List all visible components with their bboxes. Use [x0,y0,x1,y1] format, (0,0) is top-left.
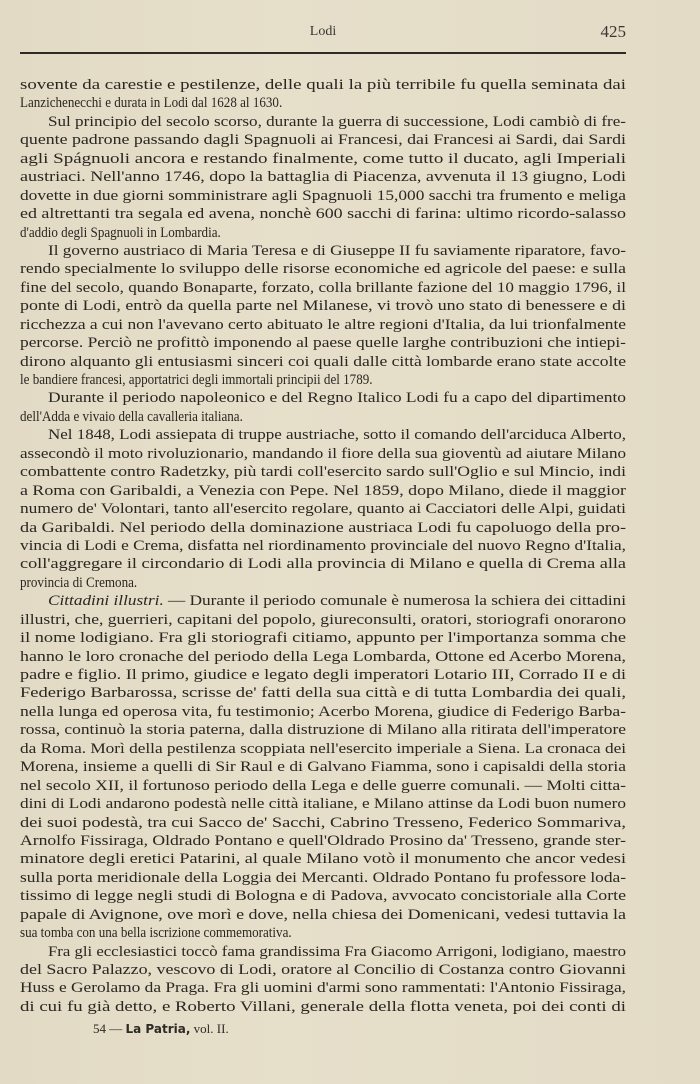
line-text: fine del secolo, quando Bonaparte, forza… [20,279,626,297]
line-content: provincia di Cremona. [20,574,137,591]
text-line: Morena, insieme a quelli di Sir Raul e d… [20,758,626,776]
line-text: Cittadini illustri. — Durante il periodo… [48,592,626,610]
line-content: dovette in due giorni somministrare agli… [20,187,626,204]
line-content: quente padrone passando dagli Spagnuoli … [20,131,626,148]
text-line: ponte di Lodi, entrò da quella parte nel… [20,297,626,315]
text-line: Federigo Barbarossa, scrisse de' fatti d… [20,684,626,702]
line-text: padre e figlio. Il primo, giudice e lega… [20,666,626,684]
line-content: Federigo Barbarossa, scrisse de' fatti d… [20,684,626,701]
text-line: sovente da carestie e pestilenze, delle … [20,76,626,94]
text-line: del Sacro Palazzo, vescovo di Lodi, orat… [20,961,626,979]
line-content: le bandiere francesi, apportatrici degli… [20,371,373,388]
text-line: minatore degli eretici Patarini, al qual… [20,850,626,868]
line-content: rossa, continuò la storia paterna, dalla… [20,721,626,738]
text-line: dei suoi podestà, tra cui Sacco de' Sacc… [20,814,626,832]
line-text: Durante il periodo napoleonico e del Reg… [48,389,626,407]
line-content: nel secolo XII, il fortunoso periodo del… [20,777,626,794]
text-line: dell'Adda e vivaio della cavalleria ital… [20,408,626,426]
text-line: percorse. Perciò ne profittò imponendo a… [20,334,626,352]
running-title: Lodi [20,24,626,40]
text-line: agli Spágnuoli ancora e restando finalme… [20,150,626,168]
line-text: il nome lodigiano. Fra gli storiografi c… [20,629,626,647]
line-content: di cui fu già detto, e Roberto Villani, … [20,998,626,1015]
line-text: provincia di Cremona. [20,574,137,592]
line-text: del Sacro Palazzo, vescovo di Lodi, orat… [20,961,626,979]
line-content: papale di Avignone, ove morì e dove, nel… [20,906,626,923]
line-text: rendo specialmente lo sviluppo delle ris… [20,260,626,278]
line-text: Arnolfo Fissiraga, Oldrado Pontano e que… [20,832,626,850]
line-text: illustri, che, guerrieri, capitani del p… [20,611,626,629]
line-content: sulla porta meridionale della Loggia dei… [20,869,626,886]
line-text: le bandiere francesi, apportatrici degli… [20,371,373,389]
line-content: assecondò il moto rivoluzionario, mandan… [20,445,626,462]
line-content: dell'Adda e vivaio della cavalleria ital… [20,408,243,425]
line-text: Il governo austriaco di Maria Teresa e d… [48,242,626,260]
text-line: dirono alquanto gli entusiasmi sinceri c… [20,353,626,371]
line-text: minatore degli eretici Patarini, al qual… [20,850,626,868]
line-content: da Garibaldi. Nel periodo della dominazi… [20,519,626,536]
line-content: d'addio degli Spagnuoli in Lombardia. [20,224,221,241]
header-rule [20,52,626,54]
line-text: sulla porta meridionale della Loggia dei… [20,869,626,887]
line-text: Lanzichenecchi e durata in Lodi dal 1628… [20,94,282,112]
line-content: agli Spágnuoli ancora e restando finalme… [20,150,626,167]
line-content: dini di Lodi andarono podestà nelle citt… [20,795,626,812]
line-text: ed altrettanti tra segala ed avena, nonc… [20,205,626,223]
line-content: illustri, che, guerrieri, capitani del p… [20,611,626,628]
line-text: sovente da carestie e pestilenze, delle … [20,76,626,94]
line-content: minatore degli eretici Patarini, al qual… [20,850,626,867]
text-line: sulla porta meridionale della Loggia dei… [20,869,626,887]
line-text: Federigo Barbarossa, scrisse de' fatti d… [20,684,626,702]
line-text: a Roma con Garibaldi, a Venezia con Pepe… [20,482,626,500]
text-line: Arnolfo Fissiraga, Oldrado Pontano e que… [20,832,626,850]
text-line: Il governo austriaco di Maria Teresa e d… [20,242,626,260]
text-line: ricchezza a cui non l'avevano certo abit… [20,316,626,334]
text-line: ed altrettanti tra segala ed avena, nonc… [20,205,626,223]
text-line: Fra gli ecclesiastici toccò fama grandis… [20,943,626,961]
line-text: coll'aggregare il circondario di Lodi al… [20,555,626,573]
line-text: da Roma. Morì della pestilenza scoppiata… [20,740,626,758]
text-line: illustri, che, guerrieri, capitani del p… [20,611,626,629]
line-content: vincia di Lodi e Crema, disfatta nel rio… [20,537,626,554]
line-text: ponte di Lodi, entrò da quella parte nel… [20,297,626,315]
line-content: nella lunga ed operosa vita, fu testimon… [20,703,626,720]
text-line: dovette in due giorni somministrare agli… [20,187,626,205]
line-content: rendo specialmente lo sviluppo delle ris… [20,260,626,277]
line-content: ponte di Lodi, entrò da quella parte nel… [20,297,626,314]
line-text: hanno le loro cronache del periodo della… [20,648,626,666]
line-content: coll'aggregare il circondario di Lodi al… [20,555,626,572]
page-number: 425 [601,22,627,42]
line-text: numero de' Volontari, tanto all'esercito… [20,500,626,518]
line-content: sovente da carestie e pestilenze, delle … [20,76,626,93]
line-text: percorse. Perciò ne profittò imponendo a… [20,334,626,352]
publication-title: La Patria, [126,1022,191,1036]
line-content: percorse. Perciò ne profittò imponendo a… [20,334,626,351]
text-line: quente padrone passando dagli Spagnuoli … [20,131,626,149]
line-text: Morena, insieme a quelli di Sir Raul e d… [20,758,626,776]
text-line: le bandiere francesi, apportatrici degli… [20,371,626,389]
footer-signature: 54 — La Patria, vol. II. [93,1021,229,1037]
line-text: quente padrone passando dagli Spagnuoli … [20,131,626,149]
line-text: vincia di Lodi e Crema, disfatta nel rio… [20,537,626,555]
line-content: Huss e Gerolamo da Praga. Fra gli uomini… [20,979,626,996]
text-line: Huss e Gerolamo da Praga. Fra gli uomini… [20,979,626,997]
line-content: dei suoi podestà, tra cui Sacco de' Sacc… [20,814,626,831]
text-line: Durante il periodo napoleonico e del Reg… [20,389,626,407]
line-text: d'addio degli Spagnuoli in Lombardia. [20,224,221,242]
line-content: Sul principio del secolo scorso, durante… [48,113,626,130]
text-line: assecondò il moto rivoluzionario, mandan… [20,445,626,463]
section-heading-italic: Cittadini illustri. [48,592,164,609]
line-content: Durante il periodo napoleonico e del Reg… [48,389,626,406]
line-text: Huss e Gerolamo da Praga. Fra gli uomini… [20,979,626,997]
line-text: austriaci. Nell'anno 1746, dopo la batta… [20,168,626,186]
line-content: — Durante il periodo comunale è numerosa… [164,592,626,609]
text-line: fine del secolo, quando Bonaparte, forza… [20,279,626,297]
line-text: dell'Adda e vivaio della cavalleria ital… [20,408,243,426]
text-line: hanno le loro cronache del periodo della… [20,648,626,666]
text-line: combattente contro Radetzky, più tardi c… [20,463,626,481]
line-text: Fra gli ecclesiastici toccò fama grandis… [48,943,626,961]
book-page: Lodi 425 sovente da carestie e pestilenz… [0,0,700,1084]
signature-number: 54 — [93,1021,122,1036]
line-text: agli Spágnuoli ancora e restando finalme… [20,150,626,168]
line-content: Lanzichenecchi e durata in Lodi dal 1628… [20,94,282,111]
volume-label: vol. II. [194,1021,229,1036]
line-content: Fra gli ecclesiastici toccò fama grandis… [48,943,626,960]
line-content: da Roma. Morì della pestilenza scoppiata… [20,740,626,757]
text-line: il nome lodigiano. Fra gli storiografi c… [20,629,626,647]
line-text: dei suoi podestà, tra cui Sacco de' Sacc… [20,814,626,832]
line-content: del Sacro Palazzo, vescovo di Lodi, orat… [20,961,626,978]
text-line: coll'aggregare il circondario di Lodi al… [20,555,626,573]
line-text: dirono alquanto gli entusiasmi sinceri c… [20,353,626,371]
line-content: austriaci. Nell'anno 1746, dopo la batta… [20,168,626,185]
text-line: numero de' Volontari, tanto all'esercito… [20,500,626,518]
line-text: di cui fu già detto, e Roberto Villani, … [20,998,626,1016]
line-content: ed altrettanti tra segala ed avena, nonc… [20,205,626,222]
line-content: dirono alquanto gli entusiasmi sinceri c… [20,353,626,370]
text-line: nel secolo XII, il fortunoso periodo del… [20,777,626,795]
text-line: provincia di Cremona. [20,574,626,592]
text-line: tissimo di legge negli studi di Bologna … [20,887,626,905]
line-content: Arnolfo Fissiraga, Oldrado Pontano e que… [20,832,626,849]
line-text: rossa, continuò la storia paterna, dalla… [20,721,626,739]
text-line: nella lunga ed operosa vita, fu testimon… [20,703,626,721]
line-text: Nel 1848, Lodi assiepata di truppe austr… [48,426,626,444]
body-text: sovente da carestie e pestilenze, delle … [20,76,626,1016]
text-line: rendo specialmente lo sviluppo delle ris… [20,260,626,278]
line-text: dovette in due giorni somministrare agli… [20,187,626,205]
text-line: sua tomba con una bella iscrizione comme… [20,924,626,942]
line-text: nel secolo XII, il fortunoso periodo del… [20,777,626,795]
line-content: sua tomba con una bella iscrizione comme… [20,924,292,941]
text-line: papale di Avignone, ove morì e dove, nel… [20,906,626,924]
text-line: dini di Lodi andarono podestà nelle citt… [20,795,626,813]
line-content: Nel 1848, Lodi assiepata di truppe austr… [48,426,626,443]
text-line: Sul principio del secolo scorso, durante… [20,113,626,131]
line-content: combattente contro Radetzky, più tardi c… [20,463,626,480]
line-content: Morena, insieme a quelli di Sir Raul e d… [20,758,626,775]
line-text: Sul principio del secolo scorso, durante… [48,113,626,131]
text-line: vincia di Lodi e Crema, disfatta nel rio… [20,537,626,555]
line-content: il nome lodigiano. Fra gli storiografi c… [20,629,626,646]
running-head: Lodi 425 [20,22,626,46]
text-line: austriaci. Nell'anno 1746, dopo la batta… [20,168,626,186]
line-content: padre e figlio. Il primo, giudice e lega… [20,666,626,683]
text-line: a Roma con Garibaldi, a Venezia con Pepe… [20,482,626,500]
line-content: numero de' Volontari, tanto all'esercito… [20,500,626,517]
line-text: da Garibaldi. Nel periodo della dominazi… [20,519,626,537]
line-content: tissimo di legge negli studi di Bologna … [20,887,626,904]
line-content: hanno le loro cronache del periodo della… [20,648,626,665]
text-line: da Roma. Morì della pestilenza scoppiata… [20,740,626,758]
text-line: Cittadini illustri. — Durante il periodo… [20,592,626,610]
text-line: padre e figlio. Il primo, giudice e lega… [20,666,626,684]
line-text: combattente contro Radetzky, più tardi c… [20,463,626,481]
line-text: assecondò il moto rivoluzionario, mandan… [20,445,626,463]
text-line: di cui fu già detto, e Roberto Villani, … [20,998,626,1016]
line-content: a Roma con Garibaldi, a Venezia con Pepe… [20,482,626,499]
line-content: Il governo austriaco di Maria Teresa e d… [48,242,626,259]
text-line: d'addio degli Spagnuoli in Lombardia. [20,224,626,242]
text-line: Lanzichenecchi e durata in Lodi dal 1628… [20,94,626,112]
text-line: rossa, continuò la storia paterna, dalla… [20,721,626,739]
line-text: sua tomba con una bella iscrizione comme… [20,924,292,942]
line-text: dini di Lodi andarono podestà nelle citt… [20,795,626,813]
line-text: ricchezza a cui non l'avevano certo abit… [20,316,626,334]
line-content: fine del secolo, quando Bonaparte, forza… [20,279,626,296]
text-line: Nel 1848, Lodi assiepata di truppe austr… [20,426,626,444]
line-text: tissimo di legge negli studi di Bologna … [20,887,626,905]
line-text: nella lunga ed operosa vita, fu testimon… [20,703,626,721]
text-line: da Garibaldi. Nel periodo della dominazi… [20,519,626,537]
line-text: papale di Avignone, ove morì e dove, nel… [20,906,626,924]
line-content: ricchezza a cui non l'avevano certo abit… [20,316,626,333]
